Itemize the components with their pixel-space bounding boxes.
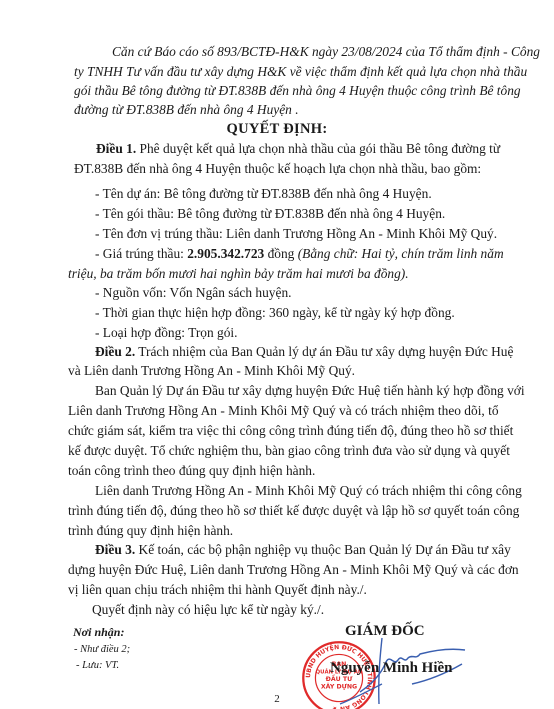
- winning-price-value: 2.905.342.723: [187, 246, 264, 261]
- document-page: Căn cứ Báo cáo số 893/BCTĐ-H&K ngày 23/0…: [0, 0, 554, 709]
- item-price-in-words: triệu, ba trăm bốn mươi hai nghìn bảy tr…: [68, 265, 409, 283]
- article-2-para-2-line-2: trình đúng tiến độ, đúng theo hồ sơ thiế…: [68, 502, 481, 520]
- page-number: 2: [0, 693, 554, 705]
- item-winning-bidder: - Tên đơn vị trúng thầu: Liên danh Trươn…: [95, 225, 497, 243]
- decision-title: QUYẾT ĐỊNH:: [0, 121, 554, 138]
- article-2-line-1: Điều 2. Trách nhiệm của Ban Quản lý dự á…: [95, 343, 481, 361]
- signer-name: Nguyễn Minh Hiền: [330, 660, 453, 677]
- article-2-line-2: và Liên danh Trương Hồng An - Minh Khôi …: [68, 362, 355, 380]
- item-winning-price: - Giá trúng thầu: 2.905.342.723 đồng (Bằ…: [95, 245, 504, 263]
- item-package-name: - Tên gói thầu: Bê tông đường từ ĐT.838B…: [95, 205, 445, 223]
- recipient-item: - Như điều 2;: [74, 644, 130, 655]
- article-2-label: Điều 2.: [95, 344, 135, 359]
- article-1-line-2: ĐT.838B đến nhà ông 4 Huyện thuộc kế hoạ…: [74, 160, 481, 178]
- article-2-para-1-line-3: chức giám sát, kiểm tra việc thi công cô…: [68, 422, 481, 440]
- article-2-para-1-line-5: toán công trình theo đúng quy định hiện …: [68, 462, 315, 480]
- article-3-line-3: vị liên quan chịu trách nhiệm thi hành Q…: [68, 581, 367, 599]
- article-2-para-1-line-4: kế được duyệt. Tổ chức nghiệm thu, bàn g…: [68, 442, 481, 460]
- item-contract-duration: - Thời gian thực hiện hợp đồng: 360 ngày…: [95, 304, 455, 322]
- article-1-line-1: Điều 1. Phê duyệt kết quả lựa chọn nhà t…: [96, 140, 480, 158]
- article-3-line-1: Điều 3. Kế toán, các bộ phận nghiệp vụ t…: [95, 541, 481, 559]
- item-project-name: - Tên dự án: Bê tông đường từ ĐT.838B đế…: [95, 185, 432, 203]
- article-1-label: Điều 1.: [96, 141, 136, 156]
- item-contract-type: - Loại hợp đồng: Trọn gói.: [95, 324, 237, 342]
- article-2-para-1-line-2: Liên danh Trương Hồng An - Minh Khôi Mỹ …: [68, 402, 481, 420]
- effective-clause: Quyết định này có hiệu lực kể từ ngày ký…: [92, 601, 324, 619]
- article-3-label: Điều 3.: [95, 542, 135, 557]
- preamble-line-3: gói thầu Bê tông đường từ ĐT.838B đến nh…: [74, 82, 510, 100]
- recipients-heading: Nơi nhận:: [73, 625, 124, 640]
- article-2-para-1-line-1: Ban Quản lý Dự án Đầu tư xây dựng huyện …: [95, 382, 481, 400]
- preamble-line-2: ty TNHH Tư vấn đầu tư xây dựng H&K về vi…: [74, 63, 510, 81]
- article-2-para-2-line-1: Liên danh Trương Hồng An - Minh Khôi Mỹ …: [95, 482, 481, 500]
- recipient-item: - Lưu: VT.: [76, 660, 119, 671]
- preamble-line-4: đường từ ĐT.838B đến nhà ông 4 Huyện .: [74, 101, 299, 119]
- item-funding-source: - Nguồn vốn: Vốn Ngân sách huyện.: [95, 284, 292, 302]
- article-3-line-2: dựng huyện Đức Huệ, Liên danh Trương Hồn…: [68, 561, 481, 579]
- preamble-line-1: Căn cứ Báo cáo số 893/BCTĐ-H&K ngày 23/0…: [112, 43, 510, 61]
- article-2-para-2-line-3: trình đúng quy định hiện hành.: [68, 522, 233, 540]
